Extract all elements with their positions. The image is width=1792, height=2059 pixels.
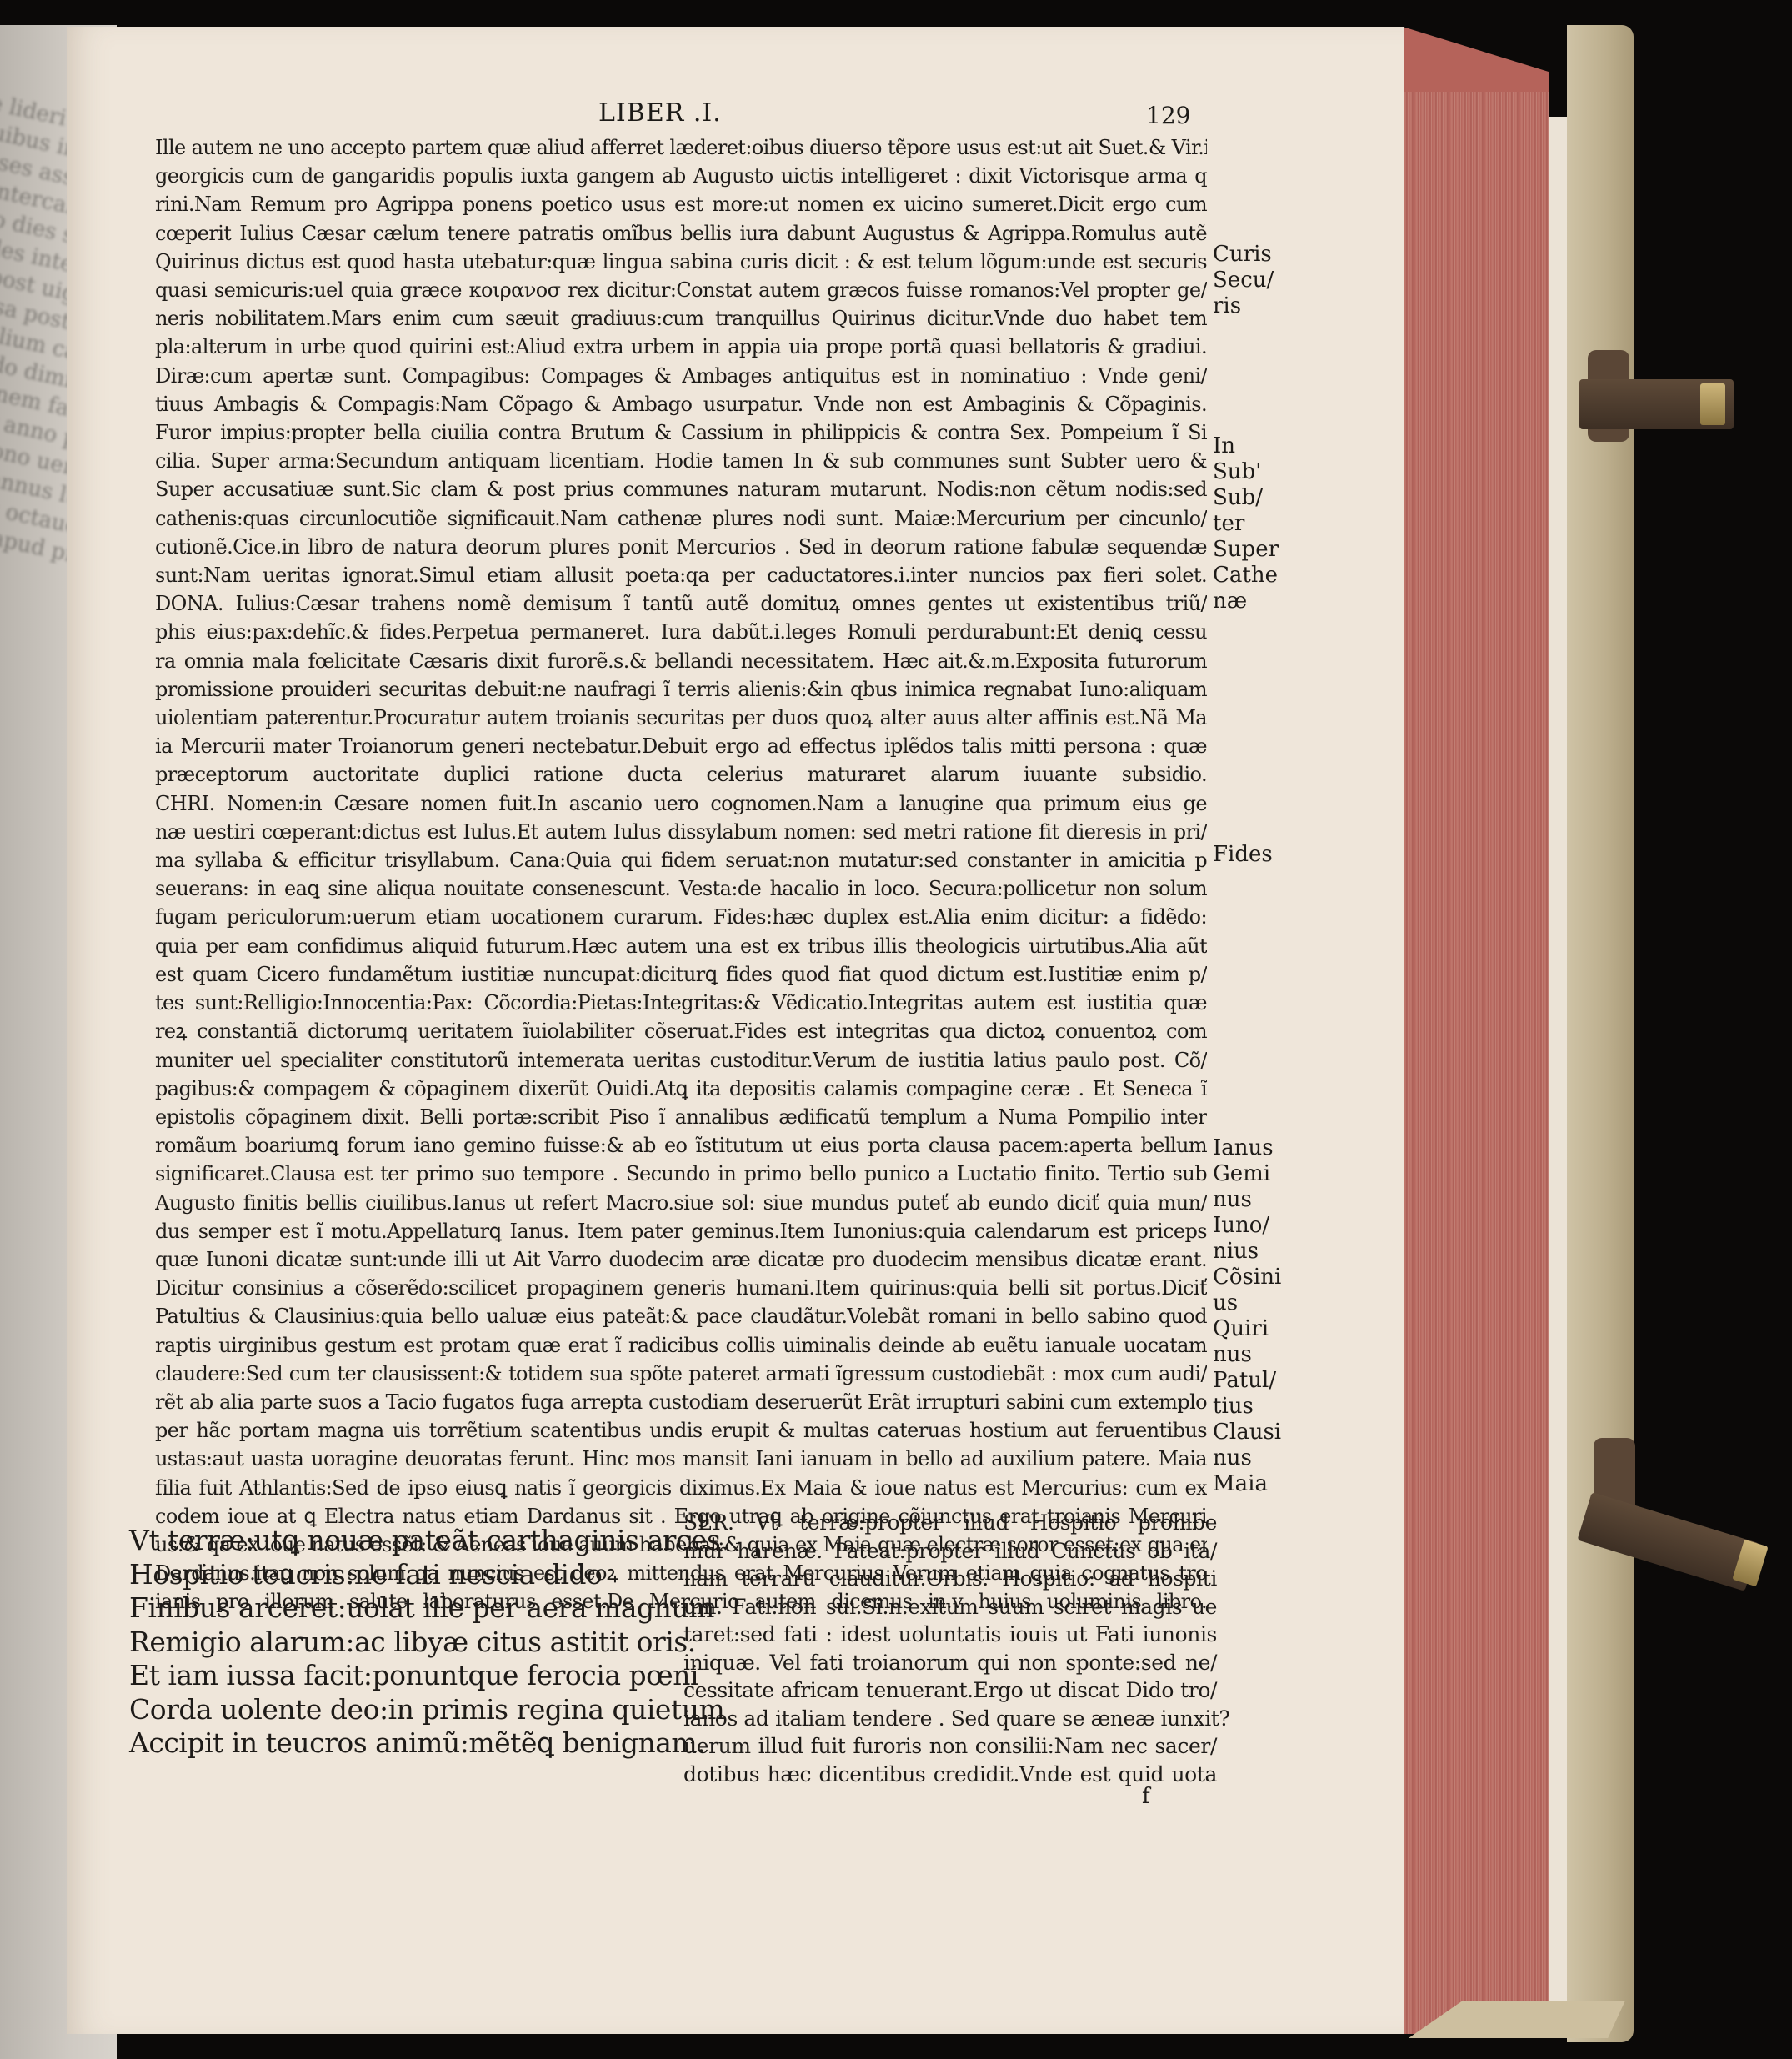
text-line: Diræ:cum apertæ sunt. Compagibus: Compag… [155,362,1207,390]
signature-mark: f [1142,1784,1150,1809]
marginal-word: Gemi [1213,1161,1281,1187]
marginal-word: ter [1213,511,1279,537]
vellum-binding [1567,25,1634,2042]
text-line: dus semper est ĩ motu.Appellaturꝗ Ianus.… [155,1217,1207,1245]
text-line: rẽt ab alia parte suos a Tacio fugatos f… [155,1388,1207,1416]
marginal-word: nius [1213,1239,1281,1265]
marginal-word: Secu/ [1213,268,1274,293]
text-line: significaret.Clausa est ter primo suo te… [155,1160,1207,1188]
marginal-word: Clausi [1213,1420,1281,1445]
text-line: romãum boariumꝗ forum iano gemino fuisse… [155,1131,1207,1160]
text-line: raptis uirginibus gestum est protam quæ … [155,1331,1207,1360]
text-line: ra omnia mala fœlicitate Cæsaris dixit f… [155,647,1207,675]
marginal-word: tius [1213,1394,1281,1420]
text-line: est quam Cicero fundamẽtum iustitiæ nunc… [155,960,1207,989]
marginal-note-prepositions: InSub'Sub/terSuperCathenæ [1213,433,1279,614]
folio-number: 129 [1146,102,1190,129]
marginal-word: Fides [1213,842,1273,868]
red-fore-edge [1403,92,1549,2034]
text-line: Patultius & Clausinius:quia bello ualuæ … [155,1302,1207,1330]
text-line: per hãc portam magna uis torrẽtium scate… [155,1416,1207,1445]
text-line: tiuus Ambagis & Compagis:Nam Cõpago & Am… [155,390,1207,418]
text-line: fugam periculorum:uerum etiam uocationem… [155,903,1207,931]
text-line: rini.Nam Remum pro Agrippa ponens poetic… [155,190,1207,218]
text-line: georgicis cum de gangaridis populis iuxt… [155,162,1207,190]
marginal-word: Maia [1213,1471,1281,1497]
text-line: uiolentiam paterentur.Procuratur autem t… [155,704,1207,732]
text-line: præceptorum auctoritate duplici ratione … [155,760,1207,789]
verse-line: Corda uolente deo:in primis regina quiet… [129,1693,663,1727]
marginal-note-ianus: IanusGeminusIuno/niusCõsiniusQuirinusPat… [1213,1135,1281,1497]
text-line: Ille autem ne uno accepto partem quæ ali… [155,133,1207,162]
commentary-line: uerum illud fuit furoris non consilii:Na… [683,1732,1217,1761]
text-line: DONA. Iulius:Cæsar trahens nomẽ demisum … [155,589,1207,618]
text-line: cilia. Super arma:Secundum antiquam lice… [155,447,1207,475]
text-line: Furor impius:propter bella ciuilia contr… [155,418,1207,447]
text-line: Augusto finitis bellis ciuilibus.Ianus u… [155,1189,1207,1217]
commentary-line: SER. Vt terræ:propter illud Hospitio pro… [683,1509,1217,1537]
verse-line: Accipit in teucros animũ:mẽtẽꝗ benignam. [129,1726,663,1761]
marginal-word: Super [1213,537,1279,563]
marginal-word: nus [1213,1445,1281,1471]
marginal-word: In [1213,433,1279,459]
text-line: claudere:Sed cum ter clausissent:& totid… [155,1360,1207,1388]
text-line: Quirinus dictus est quod hasta utebatur:… [155,248,1207,276]
commentary-line: mur harenæ. Pateat:propter illud Cunctus… [683,1537,1217,1566]
text-line: reꝝ constantiã dictorumꝗ ueritatem ĩuiol… [155,1017,1207,1045]
text-line: cathenis:quas circunlocutiõe significaui… [155,504,1207,533]
text-line: Super accusatiuæ sunt.Sic clam & post pr… [155,475,1207,503]
commentary-block: Ille autem ne uno accepto partem quæ ali… [155,133,1207,1616]
text-line: ia Mercurii mater Troianorum generi nect… [155,732,1207,760]
commentary-line: cessitate africam tenuerant.Ergo ut disc… [683,1676,1217,1705]
marginal-word: Patul/ [1213,1368,1281,1394]
marginal-word: nus [1213,1342,1281,1368]
text-line: seuerans: in eaꝗ sine aliqua nouitate co… [155,874,1207,903]
marginal-word: nus [1213,1187,1281,1213]
verse-line: Finibus arceret:uolat ille per aera magn… [129,1591,663,1626]
text-line: sunt:Nam ueritas ignorat.Simul etiam all… [155,561,1207,589]
clasp-plate-upper [1700,383,1725,425]
commentary-line: um. Fati:non sui.Si.n.exitum suum sciret… [683,1593,1217,1621]
text-line: quæ Iunoni dicatæ sunt:unde illi ut Ait … [155,1245,1207,1274]
commentary-line: dotibus hæc dicentibus credidit.Vnde est… [683,1761,1217,1789]
text-line: muniter uel specialiter constitutorũ int… [155,1046,1207,1075]
marginal-note-fides: Fides [1213,842,1273,868]
verse-line: Et iam iussa facit:ponuntque ferocia pœn… [129,1659,663,1693]
marginal-word: Sub' [1213,459,1279,485]
marginal-word: Iuno/ [1213,1213,1281,1239]
marginal-word: Ianus [1213,1135,1281,1161]
text-line: promissione prouideri securitas debuit:n… [155,675,1207,704]
marginal-word: Cõsini [1213,1265,1281,1290]
text-line: quasi semicuris:uel quia græce κοιρανοσ … [155,276,1207,304]
text-line: Dicitur consinius a cõserẽdo:scilicet pr… [155,1274,1207,1302]
text-line: quia per eam confidimus aliquid futurum.… [155,932,1207,960]
marginal-word: Sub/ [1213,485,1279,511]
commentary-line: liam terrarũ clauditur.Orbis. Hospitio: … [683,1565,1217,1593]
verse-block: Vt terræ:utꝗ nouæ pateãt carthaginis arc… [129,1524,663,1761]
text-line: ustas:aut uasta uoragine deuoratas ferun… [155,1445,1207,1473]
text-line: tes sunt:Relligio:Innocentia:Pax: Cõcord… [155,989,1207,1017]
endpaper-edge [1549,117,1567,2026]
marginal-word: Quiri [1213,1316,1281,1342]
marginal-note-curis: CurisSecu/ris [1213,242,1274,319]
marginal-word: ris [1213,293,1274,319]
text-line: næ uestiri cœperant:dictus est Iulus.Et … [155,818,1207,846]
text-line: phis eius:pax:dehĩc.& fides.Perpetua per… [155,618,1207,646]
verse-line: Hospitio teucris:ne fati nescia dido [129,1558,663,1592]
marginal-word: Curis [1213,242,1274,268]
running-head: LIBER .I. [598,98,722,128]
text-line: pla:alterum in urbe quod quirini est:Ali… [155,333,1207,361]
verse-line: Vt terræ:utꝗ nouæ pateãt carthaginis arc… [129,1524,663,1558]
verse-line: Remigio alarum:ac libyæ citus astitit or… [129,1626,663,1660]
text-line: neris nobilitatem.Mars enim cum sæuit gr… [155,304,1207,333]
commentary-line: taret:sed fati : idest uoluntatis iouis … [683,1621,1217,1649]
marginal-word: us [1213,1290,1281,1316]
text-line: pagibus:& compagem & cõpaginem dixerũt O… [155,1075,1207,1103]
marginal-word: Cathe [1213,563,1279,589]
commentary-line: iniquæ. Vel fati troianorum qui non spon… [683,1649,1217,1677]
text-line: CHRI. Nomen:in Cæsare nomen fuit.In asca… [155,789,1207,818]
marginal-word: næ [1213,589,1279,614]
text-line: filia fuit Athlantis:Sed de ipso eiusꝗ n… [155,1474,1207,1502]
text-line: cutionẽ.Cice.in libro de natura deorum p… [155,533,1207,561]
servius-commentary: SER. Vt terræ:propter illud Hospitio pro… [683,1509,1217,1788]
text-line: ma syllaba & efficitur trisyllabum. Cana… [155,846,1207,874]
text-line: cœperit Iulius Cæsar cælum tenere patrat… [155,219,1207,248]
text-line: epistolis cõpaginem dixit. Belli portæ:s… [155,1103,1207,1131]
commentary-line: ianos ad italiam tendere . Sed quare se … [683,1705,1217,1733]
